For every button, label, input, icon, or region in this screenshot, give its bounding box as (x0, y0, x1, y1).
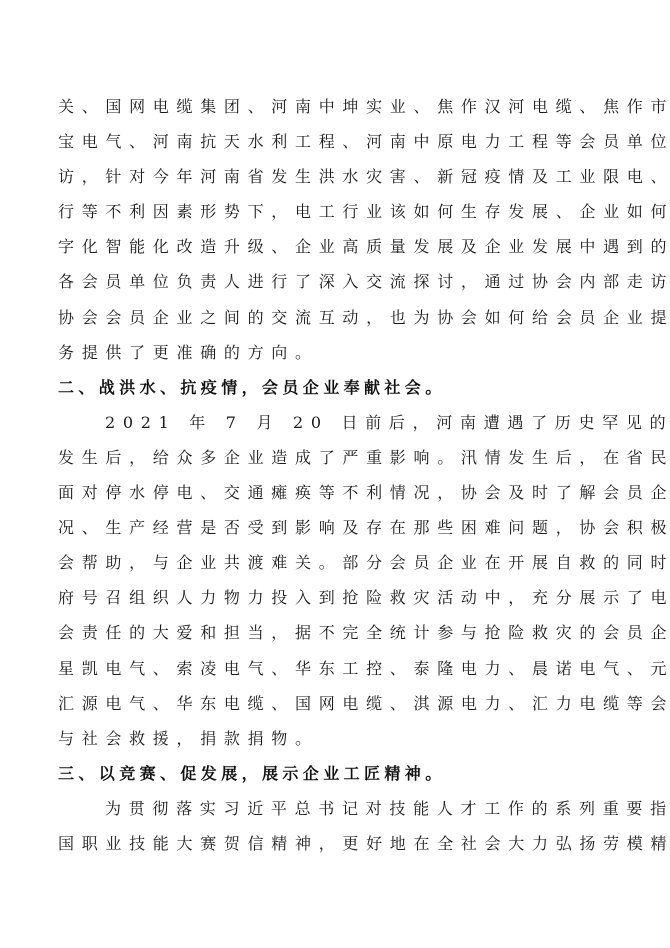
text-line: 访，针对今年河南省发生洪水灾害、新冠疫情及工业限电、房地产行业下 (58, 159, 610, 194)
text-line: 关、国网电缆集团、河南中坤实业、焦作汉河电缆、焦作市杰创电缆、中 (58, 89, 610, 124)
text-line: 星凯电气、索凌电气、华东工控、泰隆电力、晨诺电气、元通电线电缆、 (58, 651, 610, 686)
text-line: 字化智能化改造升级、企业高质量发展及企业发展中遇到的困难等方面与 (58, 229, 610, 264)
text-line: 各会员单位负责人进行了深入交流探讨，通过协会内部走访活动，加强了 (58, 264, 610, 299)
paragraph-flood-relief: 2021 年 7 月 20 日前后，河南遭遇了历史罕见的极端强降雨天气。汛情 发… (58, 405, 610, 756)
text-line: 面对停水停电、交通瘫痪等不利情况，协会及时了解会员企业人员安全状 (58, 475, 610, 510)
text-line: 会帮助，与企业共渡难关。部分会员企业在开展自救的同时，积极响应政 (58, 545, 610, 580)
paragraph-member-visits: 关、国网电缆集团、河南中坤实业、焦作汉河电缆、焦作市杰创电缆、中 宝电气、河南抗… (58, 89, 610, 370)
text-line: 汇源电气、华东电缆、国网电缆、淇源电力、汇力电缆等会员企业积极参 (58, 686, 610, 721)
document-page: 关、国网电缆集团、河南中坤实业、焦作汉河电缆、焦作市杰创电缆、中 宝电气、河南抗… (58, 89, 610, 861)
text-line: 府号召组织人力物力投入到抢险救灾活动中，充分展示了电工行业承担社 (58, 580, 610, 615)
text-line: 国职业技能大赛贺信精神，更好地在全社会大力弘扬劳模精神、劳动精神、 (58, 826, 610, 861)
text-line: 发生后，给众多企业造成了严重影响。汛情发生后，在省民政厅的指导下， (58, 440, 610, 475)
section-heading-2: 二、战洪水、抗疫情，会员企业奉献社会。 (58, 370, 610, 405)
text-line: 2021 年 7 月 20 日前后，河南遭遇了历史罕见的极端强降雨天气。汛情 (58, 405, 610, 440)
section-heading-3: 三、以竞赛、促发展，展示企业工匠精神。 (58, 756, 610, 791)
paragraph-skills-competition: 为贯彻落实习近平总书记对技能人才工作的系列重要指示和致首届全 国职业技能大赛贺信… (58, 791, 610, 861)
text-line: 协会会员企业之间的交流互动，也为协会如何给会员企业提供有价值的服 (58, 300, 610, 335)
text-line: 会责任的大爱和担当，据不完全统计参与抢险救灾的会员企业为虹峰电缆、 (58, 615, 610, 650)
text-line: 与社会救援，捐款捐物。 (58, 721, 610, 756)
text-line: 宝电气、河南抗天水利工程、河南中原电力工程等会员单位进行了考察走 (58, 124, 610, 159)
text-line: 务提供了更准确的方向。 (58, 335, 610, 370)
text-line: 况、生产经营是否受到影响及存在那些困难问题，协会积极呼吁并寻求社 (58, 510, 610, 545)
text-line: 为贯彻落实习近平总书记对技能人才工作的系列重要指示和致首届全 (58, 791, 610, 826)
text-line: 行等不利因素形势下，电工行业该如何生存发展、企业如何科技创新、数 (58, 194, 610, 229)
